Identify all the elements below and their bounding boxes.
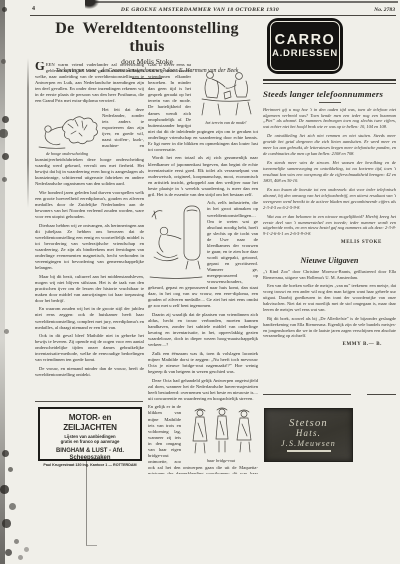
paragraph: Wordt het een totaal als zij zich gezame… xyxy=(148,155,258,197)
page-number: 4 xyxy=(32,6,35,12)
paragraph: Een van die boeken welke de meisjes „van… xyxy=(263,283,396,313)
scan-gutter-shadow xyxy=(27,58,29,208)
telefoon-article-body: Herinnert gij u nog hoe 't in den ouden … xyxy=(263,107,396,248)
visit-illustration-figure: het terrein van de mode! xyxy=(194,63,258,125)
left-column-rule xyxy=(35,401,143,402)
motor-ad-address: Paul Krugerstraat 130 Ing. Kantoor 1 — R… xyxy=(40,463,140,467)
paragraph: Herinnert gij u nog hoe 't in den ouden … xyxy=(263,107,396,131)
paragraph: En steeds meer wies de stroom. Het wasse… xyxy=(263,160,396,184)
paragraph: En zoo kwam de kwestie tot een onderzoek… xyxy=(263,187,396,211)
award-illustration-figure: de hooge onderscheiding xyxy=(35,108,99,156)
heading-divider xyxy=(319,102,341,103)
paragraph: Dierbaar hebben wij ze ontvangen, als he… xyxy=(35,223,144,272)
fashion-illustration-caption: haar bridge-rout xyxy=(184,458,258,463)
paragraph: „'t Kind Zoo” door Christine Moresco-Bra… xyxy=(263,269,396,281)
double-rule xyxy=(263,79,396,84)
carro-ad-frame: CARRO A.DRIESSEN xyxy=(270,21,340,71)
paragraph: En waarom zouden wij het in de groote st… xyxy=(35,306,144,330)
header-rule xyxy=(30,15,396,16)
stetson-meuwsen-ad: Stetson Hats. J.S.Meuwsen xyxy=(264,408,353,462)
carro-ad-brand: CARRO xyxy=(275,33,336,48)
paragraph: De vrouw, en niemand minder dan de vrouw… xyxy=(35,366,144,378)
telefoon-article-heading: Steeds langer telefoonnummers xyxy=(263,89,396,99)
paragraph: Zulk een éénzaam was ik, toen ik volslag… xyxy=(148,351,258,375)
right-column: CARRO A.DRIESSEN Steeds langer telefoonn… xyxy=(263,18,396,390)
wardrobe-mirror-illustration xyxy=(148,201,204,283)
pre-ad-rule xyxy=(263,394,351,395)
pre-ad-rule-segment xyxy=(367,394,396,395)
paragraph: Wat zou er dan bekomen in een nieuwe mog… xyxy=(263,214,396,238)
issue-number: No. 2783 xyxy=(343,7,395,13)
drop-cap: G xyxy=(35,62,46,71)
uitgaven-signature: EMMY B.— B. xyxy=(263,342,396,349)
wardrobe-illustration-figure xyxy=(148,201,204,283)
visit-illustration-caption: het terrein van de mode! xyxy=(194,120,258,125)
three-ladies-illustration xyxy=(184,405,258,457)
paragraph: Maar bij dit bezit, cultureel aan het mi… xyxy=(35,274,144,304)
paragraph: Bij dit boek, zoowel als bij „De Allerli… xyxy=(263,316,396,340)
paragraph: GEEN warm vriend vaderlander zal onversc… xyxy=(35,62,144,104)
motor-ad-title: MOTOR- en ZEILJACHTEN xyxy=(43,412,137,432)
masthead: DE GROENE AMSTERDAMMER VAN 18 OCTOBER 19… xyxy=(60,7,340,13)
motor-zeiljachten-ad: MOTOR- en ZEILJACHTEN Lijsten van aanbie… xyxy=(38,407,142,461)
award-illustration-caption: de hooge onderscheiding xyxy=(35,151,99,156)
stetson-ad-retailer: J.S.Meuwsen xyxy=(281,439,336,449)
motor-ad-line2: gratis en franco op aanvrage xyxy=(40,439,140,444)
scan-edge-artifact xyxy=(0,0,5,564)
paragraph: Wie honderd jaren geleden had durven voo… xyxy=(35,190,144,220)
paragraph: Ook in dit geval bleef Mathilde niet in … xyxy=(35,333,144,363)
stetson-ad-product: Hats. xyxy=(296,429,321,439)
carro-driessen-ad: CARRO A.DRIESSEN xyxy=(267,18,343,74)
paragraph: Deze Octa had gehandeld gelijk Antwerpen… xyxy=(148,378,258,402)
telefoon-signature: MELIS STOKE xyxy=(263,240,396,247)
article-column-middle: het terrein van de mode! Gaat U liever e… xyxy=(148,62,258,474)
paragraph: Daarin zij waarlijk dat de plaatsen van … xyxy=(148,312,258,348)
nieuwe-uitgaven-heading: Nieuwe Uitgaven xyxy=(263,256,396,265)
article-title: De Wereldtentoonstelling thuis xyxy=(35,20,259,56)
motor-ad-firm: BINGHAM & LUST - Afd. Scheepszaken xyxy=(45,447,135,461)
fashion-illustration-figure: haar bridge-rout xyxy=(184,405,258,463)
nieuwe-uitgaven-body: „'t Kind Zoo” door Christine Moresco-Bra… xyxy=(263,269,396,349)
newspaper-page: 4 DE GROENE AMSTERDAMMER VAN 18 OCTOBER … xyxy=(0,0,400,564)
stetson-ad-underline xyxy=(287,450,331,452)
visiting-friends-illustration xyxy=(194,63,258,119)
scan-speckles xyxy=(2,0,5,3)
carro-ad-name: A.DRIESSEN xyxy=(272,48,338,59)
article-column-left: GEEN warm vriend vaderlander zal onversc… xyxy=(35,62,144,399)
paragraph: De ontwikkeling liet zich niet remmen en… xyxy=(263,133,396,157)
scan-topline-artifact xyxy=(92,1,398,3)
award-illustration xyxy=(35,108,99,150)
